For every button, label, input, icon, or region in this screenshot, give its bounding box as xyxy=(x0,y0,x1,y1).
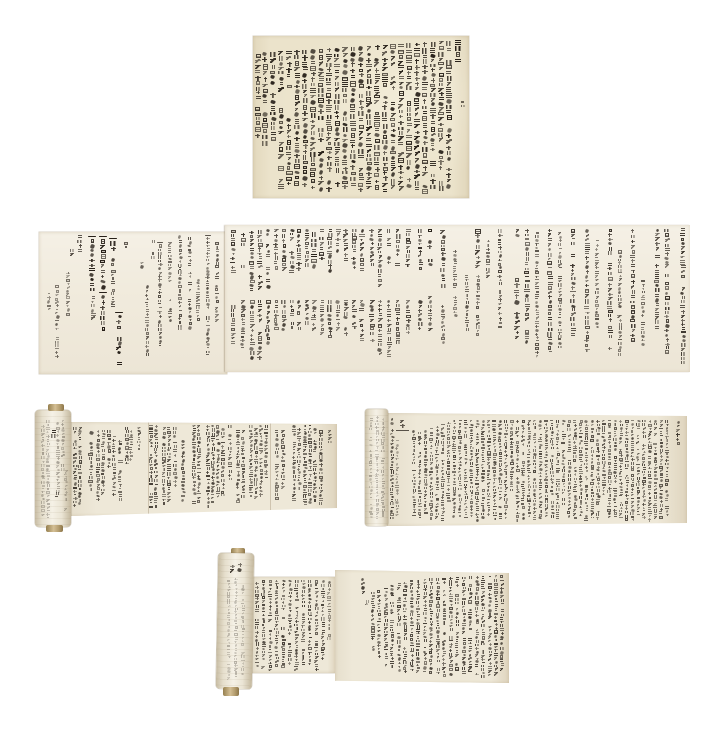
handwritten-character xyxy=(429,671,433,674)
handwritten-character xyxy=(423,666,427,670)
handwritten-character xyxy=(423,623,427,626)
handwritten-character xyxy=(469,646,472,649)
handwritten-character xyxy=(390,647,393,650)
handwritten-character xyxy=(328,615,331,618)
handwritten-character xyxy=(468,650,472,652)
handwritten-character xyxy=(437,656,440,659)
handwritten-character xyxy=(403,594,407,597)
handwritten-character xyxy=(501,599,504,602)
handwritten-character xyxy=(275,664,278,667)
handwritten-character xyxy=(423,671,426,674)
handwritten-character xyxy=(315,607,319,610)
handwritten-character xyxy=(456,612,459,615)
handwritten-character xyxy=(501,609,504,612)
handwritten-character xyxy=(255,597,259,600)
handwritten-character xyxy=(262,611,265,613)
handwritten-character xyxy=(384,623,388,625)
handwritten-character xyxy=(268,652,271,654)
handwritten-character xyxy=(235,671,238,674)
handwritten-character xyxy=(424,585,427,588)
handwritten-character xyxy=(403,608,407,611)
handwritten-character xyxy=(234,641,237,643)
handwritten-character xyxy=(255,631,259,634)
handwritten-character xyxy=(384,645,388,648)
handwritten-character xyxy=(436,604,440,607)
handwritten-character xyxy=(391,632,394,635)
handwritten-character xyxy=(488,666,492,669)
handwritten-character xyxy=(456,624,460,626)
handwritten-character xyxy=(416,640,420,643)
handwritten-character xyxy=(235,584,237,587)
handwritten-character xyxy=(228,626,230,628)
handwritten-character xyxy=(241,655,245,658)
handwritten-character xyxy=(437,609,440,612)
handwritten-character xyxy=(429,651,432,654)
handwritten-character xyxy=(268,669,272,671)
handwritten-character xyxy=(437,668,441,671)
handwritten-character xyxy=(322,626,325,629)
handwritten-character xyxy=(482,632,485,635)
handwritten-character xyxy=(269,641,272,644)
handwritten-character xyxy=(456,577,459,580)
handwritten-character xyxy=(282,648,285,651)
handwritten-character xyxy=(397,600,401,603)
handwritten-character xyxy=(494,672,498,676)
handwritten-character xyxy=(416,601,419,605)
handwritten-character xyxy=(242,637,245,639)
handwritten-character xyxy=(455,581,458,584)
handwritten-character xyxy=(424,579,426,581)
handwritten-character xyxy=(436,582,440,585)
handwritten-character xyxy=(302,601,305,603)
handwritten-character xyxy=(268,615,271,617)
handwritten-character xyxy=(424,600,428,603)
handwritten-character xyxy=(475,673,479,675)
handwritten-character xyxy=(456,632,459,635)
handwritten-character xyxy=(242,634,245,636)
handwritten-character xyxy=(437,635,439,638)
handwritten-character xyxy=(371,629,374,633)
handwritten-character xyxy=(481,588,484,590)
handwritten-character xyxy=(436,649,440,652)
handwritten-character xyxy=(482,607,485,609)
handwritten-character xyxy=(494,587,497,590)
handwritten-character xyxy=(227,652,230,655)
handwritten-character xyxy=(417,614,420,617)
handwritten-character xyxy=(295,641,298,644)
handwritten-character xyxy=(430,582,433,585)
handwritten-character xyxy=(294,624,298,627)
handwritten-character xyxy=(481,580,484,584)
handwritten-character xyxy=(475,611,478,613)
handwritten-character xyxy=(255,590,258,594)
handwritten-character xyxy=(315,653,318,655)
handwritten-character xyxy=(371,618,375,621)
handwritten-character xyxy=(289,610,292,612)
handwritten-character xyxy=(255,619,259,622)
handwritten-character xyxy=(384,603,387,606)
handwritten-character xyxy=(494,649,498,652)
handwritten-character xyxy=(227,601,230,604)
handwritten-character xyxy=(282,605,286,607)
handwritten-character xyxy=(315,664,319,668)
handwritten-character xyxy=(488,586,492,589)
handwritten-character xyxy=(384,649,388,651)
handwritten-character xyxy=(309,656,312,658)
handwritten-character xyxy=(282,583,285,586)
handwritten-character xyxy=(442,667,446,670)
handwritten-character xyxy=(495,575,498,578)
handwritten-character xyxy=(463,587,466,589)
handwritten-character xyxy=(423,604,427,607)
handwritten-character xyxy=(242,608,246,611)
handwritten-character xyxy=(234,610,238,612)
handwritten-character xyxy=(315,668,319,671)
handwritten-character xyxy=(423,629,427,631)
handwritten-character xyxy=(397,587,400,589)
handwritten-character xyxy=(362,591,366,594)
handwritten-character xyxy=(327,596,331,599)
handwritten-character xyxy=(241,643,244,646)
handwritten-character xyxy=(416,590,419,593)
handwritten-character xyxy=(469,596,472,599)
handwritten-character xyxy=(276,631,279,634)
handwritten-character xyxy=(256,642,260,645)
handwritten-character xyxy=(385,619,388,622)
handwritten-character xyxy=(410,641,413,644)
handwritten-character xyxy=(469,624,471,627)
handwritten-character xyxy=(456,608,459,611)
handwritten-character xyxy=(481,675,484,678)
handwritten-character xyxy=(443,600,446,603)
handwritten-character xyxy=(429,600,433,604)
handwritten-character xyxy=(308,644,311,646)
handwritten-character xyxy=(228,609,230,612)
handwritten-character xyxy=(288,595,292,598)
handwritten-character xyxy=(377,644,381,647)
handwritten-character xyxy=(500,580,504,583)
handwritten-character xyxy=(282,659,285,662)
handwritten-character xyxy=(403,611,406,614)
handwritten-character xyxy=(494,579,497,582)
handwritten-character xyxy=(288,662,291,665)
handwritten-character xyxy=(322,622,326,625)
handwritten-character xyxy=(391,665,394,668)
handwritten-character xyxy=(488,670,492,673)
handwritten-character xyxy=(262,580,265,583)
handwritten-character xyxy=(308,580,312,583)
handwritten-character xyxy=(377,610,381,613)
handwritten-character xyxy=(302,635,305,638)
handwritten-character xyxy=(449,607,453,610)
handwritten-character xyxy=(390,651,393,654)
handwritten-character xyxy=(327,637,331,640)
handwritten-character xyxy=(390,661,394,665)
handwritten-character xyxy=(308,652,311,655)
handwritten-character xyxy=(481,643,485,645)
handwritten-character xyxy=(371,637,375,640)
handwritten-character xyxy=(322,580,325,583)
handwritten-character xyxy=(500,659,503,662)
handwritten-character xyxy=(309,637,312,640)
handwritten-character xyxy=(321,636,325,639)
handwritten-character xyxy=(410,580,413,582)
handwritten-character xyxy=(275,635,279,638)
handwritten-character xyxy=(322,654,325,656)
handwritten-character xyxy=(481,668,484,671)
handwritten-character xyxy=(234,661,237,664)
handwritten-character xyxy=(268,619,272,622)
handwritten-character xyxy=(390,612,394,614)
handwritten-character xyxy=(328,603,331,605)
handwritten-character xyxy=(295,620,299,622)
handwritten-character xyxy=(397,605,401,608)
handwritten-character xyxy=(275,660,279,663)
handwritten-character xyxy=(282,617,286,620)
handwritten-character xyxy=(322,600,325,603)
handwritten-character xyxy=(476,576,480,579)
handwritten-character xyxy=(443,651,447,654)
handwritten-character xyxy=(469,661,472,663)
handwritten-character xyxy=(450,628,454,631)
handwritten-character xyxy=(398,619,401,622)
handwritten-character xyxy=(449,672,453,676)
handwritten-character xyxy=(468,588,471,591)
handwritten-character xyxy=(377,590,380,593)
handwritten-character xyxy=(463,653,466,656)
handwritten-character xyxy=(234,655,237,657)
handwritten-character xyxy=(437,586,441,589)
handwritten-character xyxy=(482,636,485,639)
handwritten-character xyxy=(488,583,492,585)
handwritten-character xyxy=(227,635,231,637)
handwritten-character xyxy=(494,591,498,593)
handwritten-character xyxy=(424,647,427,650)
handwritten-character xyxy=(384,612,388,614)
handwritten-character xyxy=(456,620,459,623)
handwritten-character xyxy=(436,597,440,600)
handwritten-character xyxy=(234,630,237,633)
scroll-bottom-document xyxy=(0,0,719,736)
handwritten-character xyxy=(378,648,381,651)
handwritten-character xyxy=(443,671,446,673)
handwritten-character xyxy=(241,616,245,618)
handwritten-character xyxy=(321,595,325,597)
handwritten-character xyxy=(449,649,452,652)
handwritten-character xyxy=(242,612,245,615)
handwritten-character xyxy=(397,640,401,644)
handwritten-character xyxy=(475,644,479,646)
handwritten-character xyxy=(417,636,420,639)
handwritten-character xyxy=(455,654,459,656)
handwritten-character xyxy=(289,592,292,594)
handwritten-character xyxy=(255,582,259,585)
handwritten-character xyxy=(468,612,472,615)
handwritten-character xyxy=(261,666,265,669)
handwritten-character xyxy=(494,630,498,633)
handwritten-character xyxy=(495,601,498,604)
handwritten-character xyxy=(308,618,312,621)
handwritten-character xyxy=(469,628,473,630)
handwritten-character xyxy=(384,634,388,637)
handwritten-character xyxy=(242,605,245,607)
handwritten-character xyxy=(417,583,420,586)
handwritten-character xyxy=(495,667,498,670)
handwritten-character xyxy=(404,654,407,657)
handwritten-character xyxy=(315,650,318,652)
handwritten-character xyxy=(476,621,479,623)
handwritten-character xyxy=(500,595,504,599)
handwritten-character xyxy=(391,635,394,638)
handwritten-character xyxy=(429,640,432,643)
handwritten-character xyxy=(495,608,498,611)
handwritten-character xyxy=(488,674,491,676)
handwritten-character xyxy=(256,647,259,650)
handwritten-character xyxy=(424,661,427,664)
handwritten-character xyxy=(281,608,285,610)
handwritten-character xyxy=(489,576,492,578)
handwritten-character xyxy=(403,661,407,663)
handwritten-character xyxy=(398,583,401,586)
handwritten-character xyxy=(500,655,503,658)
handwritten-character xyxy=(295,599,299,601)
handwritten-character xyxy=(456,650,459,653)
handwritten-character xyxy=(322,607,324,610)
handwritten-character xyxy=(463,664,467,666)
handwritten-character xyxy=(315,628,319,631)
handwritten-character xyxy=(475,654,478,657)
handwritten-character xyxy=(321,604,324,606)
handwritten-character xyxy=(308,601,311,604)
handwritten-character xyxy=(449,593,453,595)
handwritten-character xyxy=(269,601,273,604)
handwritten-character xyxy=(315,644,319,646)
handwritten-character xyxy=(228,605,232,607)
handwritten-character xyxy=(403,589,407,592)
handwritten-character xyxy=(384,631,388,634)
handwritten-character xyxy=(390,602,394,605)
handwritten-character xyxy=(314,660,318,663)
handwritten-character xyxy=(377,595,380,598)
handwritten-character xyxy=(488,640,491,642)
handwritten-character xyxy=(403,619,407,621)
handwritten-character xyxy=(463,580,466,582)
handwritten-character xyxy=(281,665,285,668)
handwritten-character xyxy=(371,601,374,605)
handwritten-character xyxy=(443,604,446,606)
handwritten-character xyxy=(371,626,375,629)
handwritten-character xyxy=(269,584,272,586)
handwritten-character xyxy=(377,633,381,637)
handwritten-character xyxy=(385,656,388,659)
handwritten-character xyxy=(429,608,432,610)
handwritten-character xyxy=(309,633,312,636)
handwritten-character xyxy=(371,592,375,594)
handwritten-character xyxy=(235,605,237,607)
handwritten-character xyxy=(430,623,433,625)
handwritten-character xyxy=(302,662,305,665)
handwritten-character xyxy=(308,663,310,666)
handwritten-character xyxy=(269,580,272,583)
handwritten-character xyxy=(436,578,438,581)
handwritten-character xyxy=(315,625,319,627)
handwritten-character xyxy=(228,619,231,621)
handwritten-character xyxy=(489,629,492,632)
handwritten-character xyxy=(430,655,433,659)
handwritten-character xyxy=(410,617,413,620)
handwritten-character xyxy=(384,627,388,630)
handwritten-character xyxy=(455,598,458,601)
handwritten-character xyxy=(463,594,466,597)
handwritten-character xyxy=(378,655,381,658)
handwritten-character xyxy=(462,650,466,654)
handwritten-character xyxy=(321,610,324,612)
handwritten-character xyxy=(424,657,427,661)
handwritten-character xyxy=(234,658,237,660)
handwritten-character xyxy=(416,649,419,652)
handwritten-character xyxy=(269,633,272,636)
handwritten-character xyxy=(377,630,381,633)
handwritten-character xyxy=(281,627,284,630)
handwritten-character xyxy=(385,642,388,645)
handwritten-character xyxy=(481,610,484,613)
handwritten-character xyxy=(424,626,427,628)
handwritten-character xyxy=(475,614,478,617)
handwritten-character xyxy=(385,653,387,656)
handwritten-character xyxy=(410,613,413,616)
handwritten-character xyxy=(430,615,433,618)
handwritten-character xyxy=(295,659,298,662)
handwritten-character xyxy=(255,601,259,604)
handwritten-character xyxy=(377,638,380,640)
handwritten-character xyxy=(295,584,298,587)
handwritten-character xyxy=(489,613,491,616)
handwritten-character xyxy=(322,643,325,646)
handwritten-character xyxy=(416,670,419,673)
handwritten-character xyxy=(410,634,413,637)
handwritten-character xyxy=(262,630,265,633)
handwritten-character xyxy=(322,614,324,617)
handwritten-character xyxy=(385,598,388,601)
handwritten-character xyxy=(242,631,245,633)
handwritten-character xyxy=(481,584,485,587)
handwritten-character xyxy=(255,635,259,638)
handwritten-character xyxy=(282,642,285,645)
handwritten-character xyxy=(416,619,420,622)
handwritten-character xyxy=(443,611,447,615)
handwritten-character xyxy=(228,586,232,588)
handwritten-character xyxy=(227,615,230,618)
handwritten-character xyxy=(501,632,504,635)
handwritten-character xyxy=(327,606,331,608)
handwritten-character xyxy=(372,595,375,597)
handwritten-character xyxy=(436,593,440,596)
handwritten-character xyxy=(442,655,445,658)
handwritten-character xyxy=(449,664,453,667)
handwritten-character xyxy=(302,621,305,624)
handwritten-character xyxy=(449,596,453,599)
handwritten-character xyxy=(309,659,312,662)
handwritten-character xyxy=(227,622,230,625)
handwritten-character xyxy=(424,620,427,622)
handwritten-character xyxy=(301,625,305,628)
handwritten-character xyxy=(296,645,299,648)
handwritten-character xyxy=(495,604,498,607)
handwritten-character xyxy=(302,598,304,601)
handwritten-character xyxy=(462,667,465,670)
handwritten-character xyxy=(482,591,485,594)
handwritten-character xyxy=(423,632,426,635)
